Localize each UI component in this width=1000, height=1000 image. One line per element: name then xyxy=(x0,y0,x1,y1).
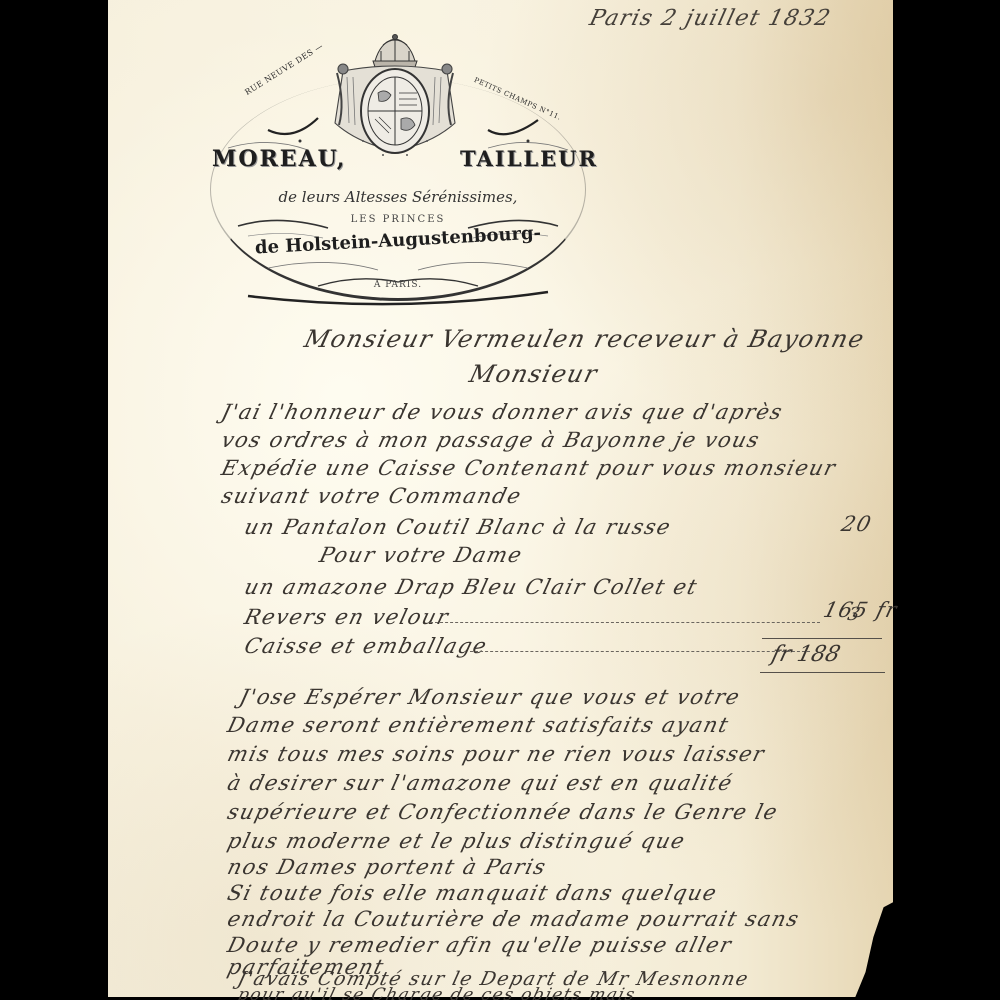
body-line: Si toute fois elle manquait dans quelque xyxy=(225,881,720,905)
total-underline xyxy=(760,672,885,673)
total-rule xyxy=(762,638,882,639)
body-line: endroit la Couturière de madame pourrait… xyxy=(225,907,802,931)
letterhead-city: A PARIS. xyxy=(358,280,438,290)
letterhead-script-line: de leurs Altesses Sérénissimes, xyxy=(268,188,528,206)
body-line: J'ose Espérer Monsieur que vous et votre xyxy=(237,685,743,709)
body-line: pour qu'il se Charge de ces objets mais xyxy=(236,985,639,1000)
body-line: Doute y remedier afin qu'elle puisse all… xyxy=(225,933,735,957)
invoice-item: Caisse et emballage xyxy=(242,634,490,658)
letter-date: Paris 2 juillet 1832 xyxy=(587,6,834,31)
body-line: supérieure et Confectionnée dans le Genr… xyxy=(225,800,781,824)
body-line: Expédie une Caisse Contenant pour vous m… xyxy=(219,456,839,480)
body-line: suivant votre Commande xyxy=(219,484,525,508)
letter-salutation: Monsieur xyxy=(467,360,602,388)
invoice-item: un Pantalon Coutil Blanc à la russe xyxy=(242,515,674,539)
body-line: Dame seront entièrement satisfaits ayant xyxy=(225,713,732,737)
body-line: plus moderne et le plus distingué que xyxy=(225,829,688,853)
invoice-item: Revers en velour xyxy=(242,605,452,629)
invoice-item-amount: 20 xyxy=(839,512,875,536)
leader-dots xyxy=(430,622,820,624)
letterhead-princes: LES PRINCES xyxy=(328,214,468,225)
leader-dots xyxy=(470,651,810,653)
body-line: vos ordres à mon passage à Bayonne je vo… xyxy=(219,428,763,452)
letterhead-tailor-name: MOREAU, xyxy=(212,146,346,172)
body-line: J'ai l'honneur de vous donner avis que d… xyxy=(219,400,786,424)
body-line: à desirer sur l'amazone qui est en quali… xyxy=(225,771,736,795)
invoice-total: fr 188 xyxy=(769,642,843,667)
body-line: nos Dames portent à Paris xyxy=(225,855,549,879)
engraved-letterhead: RUE NEUVE DES — PETITS CHAMPS N°11. MORE… xyxy=(208,28,588,306)
invoice-item: un amazone Drap Bleu Clair Collet et xyxy=(242,575,701,599)
letterhead-trade: TAILLEUR xyxy=(460,146,598,171)
invoice-item-heading: Pour votre Dame xyxy=(317,543,525,567)
letterhead-address-left: RUE NEUVE DES — xyxy=(243,42,324,97)
body-line: mis tous mes soins pour ne rien vous lai… xyxy=(225,742,768,766)
letter-addressee: Monsieur Vermeulen receveur à Bayonne xyxy=(302,325,869,353)
